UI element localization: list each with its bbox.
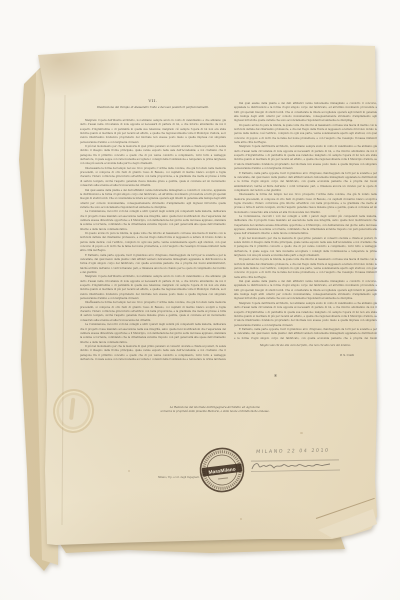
body-paragraph: La Commissione, raccolti i voti dei coll… — [80, 323, 226, 345]
text-column-right: Dal qual esame della pianta e dei dati a… — [234, 102, 377, 340]
body-paragraph: Il più bel monumento per che la memoria … — [80, 345, 226, 360]
body-paragraph: La Commissione, raccolti i voti dei coll… — [234, 215, 377, 237]
body-paragraph: Dal qual esame della pianta e dei dati a… — [234, 280, 377, 302]
text-column-left: Malgrado l'opera dell'illustre architett… — [80, 119, 226, 360]
fox-spot — [300, 432, 303, 434]
body-paragraph: Dal qual esame della pianta e dei dati a… — [80, 189, 226, 211]
body-paragraph: Malgrado l'opera dell'illustre architett… — [234, 145, 377, 171]
publisher-imprint: La Redazione del Giornale dell'Ingegnere… — [105, 406, 325, 413]
body-paragraph: E frattanto, nella parte opposta, fuori … — [234, 172, 377, 194]
collection-ink-stamp: MassMilano — [194, 442, 250, 498]
fox-spot — [128, 470, 130, 472]
body-paragraph: Di questo avviso fu pure la Giunta, la q… — [80, 232, 226, 254]
body-paragraph: Il più bel monumento per che la memoria … — [80, 145, 226, 167]
body-paragraph: Di questo avviso fu pure la Giunta, la q… — [234, 258, 377, 280]
signature-handwriting — [249, 460, 344, 474]
body-paragraph: E frattanto, nella parte opposta, fuori … — [80, 254, 226, 276]
author-signature: P. S. Conti — [234, 353, 368, 357]
article-heading: Illustrazione del Tempio di Alessandro V… — [78, 106, 228, 110]
body-paragraph: Interessante la forma del tempio nel suo… — [80, 301, 226, 323]
fox-spot — [240, 518, 242, 520]
body-paragraph: Interessante la forma del tempio nel suo… — [234, 193, 377, 215]
closing-motto: Meglio vale chi sta alla cura del fatto,… — [244, 344, 367, 347]
asterisk-divider-icon: * — [274, 374, 277, 381]
body-paragraph: Malgrado l'opera dell'illustre architett… — [80, 119, 226, 145]
body-paragraph: Di questo avviso fu pure la Giunta, la q… — [234, 124, 377, 146]
body-paragraph: Dal qual esame della pianta e dei dati a… — [234, 102, 377, 124]
body-paragraph: E frattanto, nella parte opposta, fuori … — [234, 328, 377, 340]
embossed-seal-bar — [69, 398, 75, 420]
body-paragraph: Il più bel monumento per che la memoria … — [234, 237, 377, 259]
imprint-line: si riserva la proprietà della presente M… — [105, 410, 325, 413]
body-paragraph: Malgrado l'opera dell'illustre architett… — [234, 302, 377, 328]
body-paragraph: Interessante la forma del tempio nel suo… — [80, 167, 226, 189]
page-number: VII. — [80, 98, 226, 103]
body-paragraph: La Commissione, raccolti i voti dei coll… — [80, 210, 226, 232]
photo-of-document: VII. Illustrazione del Tempio di Alessan… — [0, 0, 400, 600]
body-paragraph: Malgrado l'opera dell'illustre architett… — [80, 275, 226, 301]
